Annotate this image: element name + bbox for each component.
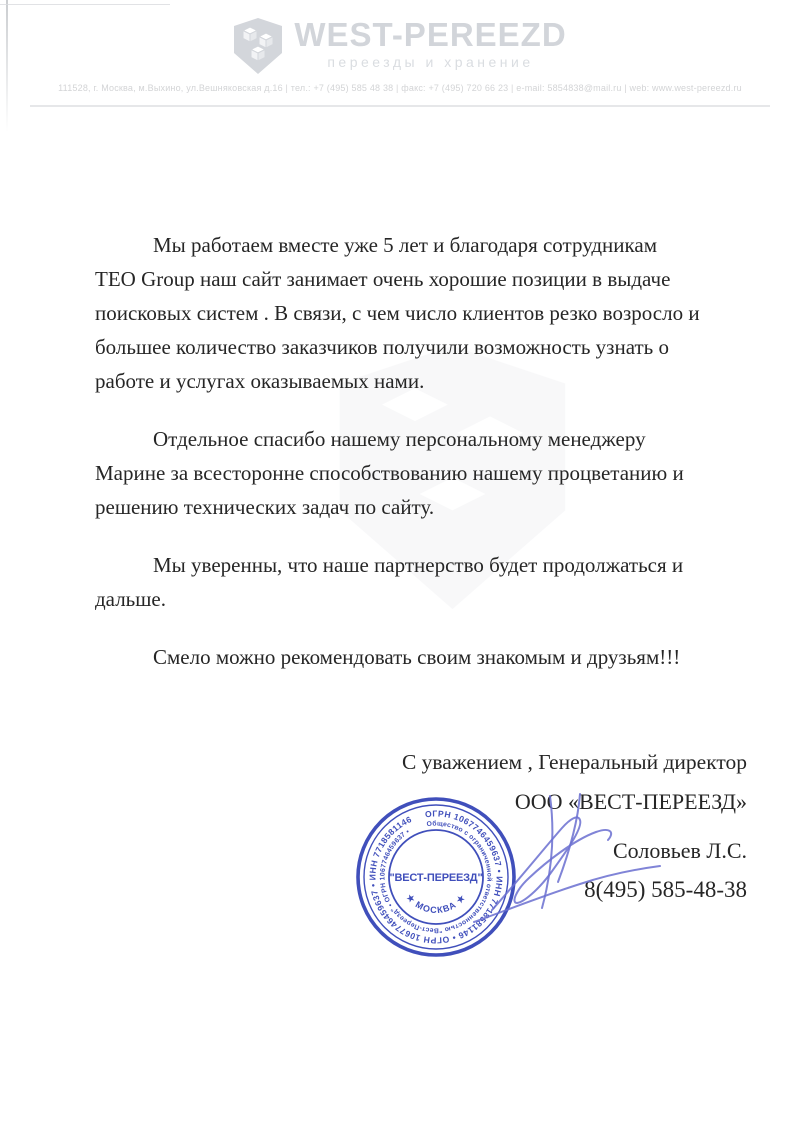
paragraph-3: Мы уверенны, что наше партнерство будет … xyxy=(95,548,743,616)
logo-title: WEST-PEREEZD xyxy=(294,17,566,53)
paragraph-4: Смело можно рекомендовать своим знакомым… xyxy=(95,640,743,674)
scan-edge-artifact-top xyxy=(0,4,170,5)
logo-text: WEST-PEREEZD переезды и хранение xyxy=(294,17,566,70)
company-logo: WEST-PEREEZD переезды и хранение xyxy=(0,17,800,80)
paragraph-1: Мы работаем вместе уже 5 лет и благодаря… xyxy=(95,228,743,398)
closing-line: С уважением , Генеральный директор xyxy=(402,748,747,776)
shield-boxes-icon xyxy=(233,17,283,80)
logo-subtitle: переезды и хранение xyxy=(327,54,533,70)
scanned-letter-page: WEST-PEREEZD переезды и хранение 111528,… xyxy=(0,0,800,1132)
paragraph-2: Отдельное спасибо нашему персональному м… xyxy=(95,422,743,524)
letter-body: Мы работаем вместе уже 5 лет и благодаря… xyxy=(95,228,743,698)
stamp-city-text: ★ МОСКВА ★ xyxy=(404,892,467,915)
handwritten-signature xyxy=(462,790,677,945)
header-divider xyxy=(30,105,770,107)
contact-line: 111528, г. Москва, м.Выхино, ул.Вешняков… xyxy=(0,83,800,93)
